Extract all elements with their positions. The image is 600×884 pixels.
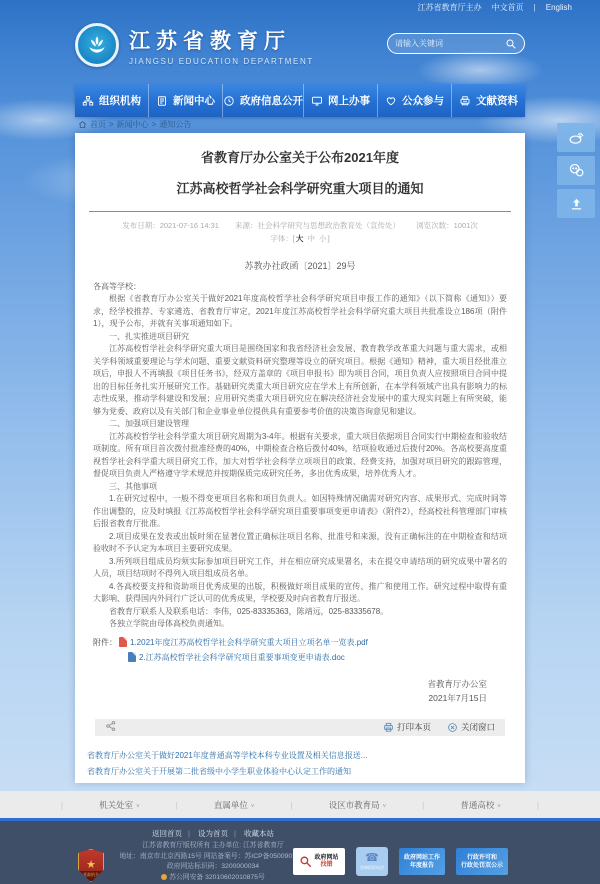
nav-label: 公众参与 [402,93,444,108]
views-count: 1001次 [454,221,478,230]
archive-icon [459,95,471,107]
print-button[interactable]: 打印本页 [383,721,431,733]
footer-link-sep: | [234,829,236,838]
document-number: 苏教办社政函〔2021〕29号 [75,259,525,272]
font-size-medium[interactable]: 中 [308,234,316,243]
related-link[interactable]: 省教育厅办公室关于开展第二批省级中小学生职业体验中心认定工作的通知 [87,764,513,780]
related-link[interactable]: 省教育厅办公室关于做好2021年度普通高等学校本科专业设置及相关信息报送... [87,748,513,764]
site-title: 江苏省教育厅 [129,25,314,55]
pdf-file-icon [119,637,127,647]
star-icon: ★ [86,860,96,870]
share-button[interactable] [105,720,117,734]
nav-item-online-services[interactable]: 网上办事 [304,84,378,117]
news-doc-icon [156,95,168,107]
nav-item-gov-info[interactable]: 政府信息公开 [223,84,304,117]
phone-icon: ☎ [365,853,379,864]
footer-site-code: 政府网站标识码：3200000034 [103,862,323,873]
signature-block: 省教育厅办公室 2021年7月15日 [75,677,487,705]
footer-police-record: 苏公网安备 32010602010875号 [103,873,323,884]
chevron-down-icon: ˅ [136,804,140,810]
back-to-top-icon [568,195,585,212]
font-size-bracket: ] [328,234,330,243]
nav-label: 文献资料 [476,93,518,108]
topbar-divider: | [534,3,536,12]
nav-item-news[interactable]: 新闻中心 [149,84,223,117]
article-meta: 发布日期：2021-07-16 14:31 来源：社会科学研究与思想政治教育处（… [85,219,515,245]
floating-share-bar [557,123,595,222]
chevron-down-icon: ˅ [251,804,255,810]
gov-agency-shield-badge: ★ 党政机关 [78,849,104,882]
complaint-hotline-badge[interactable]: ☎ 咨询投诉电话 [356,847,388,876]
admin-publicity-badge[interactable]: 行政许可和 行政处罚双公示 [456,848,508,875]
search-input[interactable] [395,39,505,48]
back-to-top-button[interactable] [557,189,595,218]
top-utility-bar: 江苏省教育厅主办 中文首页 | English [0,0,600,15]
article-card: 省教育厅办公室关于公布2021年度 江苏高校哲学社会科学研究重大项目的通知 发布… [75,133,525,783]
footer-set-home-link[interactable]: 设为首页 [198,829,228,838]
website-error-report-badge[interactable]: 政府网站找错 [293,848,345,875]
attachments-label: 附件： [93,635,117,650]
article-paragraph: 3.所列项目组成员均须实际参加项目研究工作，并在相应研究成果署名，未在提交申请结… [93,556,507,581]
english-link[interactable]: English [546,3,572,12]
footer-address: 地址：南京市北京西路15号 网站备案号：苏ICP备05009012号 [103,852,323,863]
signature-org: 省教育厅办公室 [75,677,487,691]
chevron-down-icon: ˅ [497,804,501,810]
breadcrumb-home[interactable]: 首页 [90,119,106,130]
heart-icon [385,95,397,107]
footer-home-link[interactable]: 返回首页 [152,829,182,838]
footer-link-sep: | [188,829,190,838]
doc-file-icon [128,652,136,662]
font-size-large[interactable]: 大 [296,234,304,243]
host-link[interactable]: 江苏省教育厅主办 [418,2,482,13]
site-brand[interactable]: 江苏省教育厅 JIANGSU EDUCATION DEPARTMENT [75,23,314,67]
attachment-link-pdf[interactable]: 1.2021年度江苏高校哲学社会科学研究重大项目立项名单一览表.pdf [130,635,368,650]
breadcrumb-news-center[interactable]: 新闻中心 [117,119,149,130]
article-toolbar: 打印本页 关闭窗口 [95,719,505,736]
clock-disclosure-icon [223,95,235,107]
footer-info: 江苏省教育厅版权所有 主办单位: 江苏省教育厅 地址：南京市北京西路15号 网站… [103,841,323,883]
breadcrumb: 首页 > 新闻中心 > 通知公告 [78,119,191,130]
footer-bookmark-link[interactable]: 收藏本站 [244,829,274,838]
share-icon [105,720,117,732]
salutation: 各高等学校： [93,281,507,292]
error-badge-line1: 政府网站 [314,855,338,861]
breadcrumb-sep: > [152,120,157,129]
views-label: 浏览次数： [416,221,454,230]
font-size-small[interactable]: 小 [319,234,327,243]
annual-report-line2: 年度报告 [410,862,434,870]
article-paragraph: 二、加强项目建设管理 [93,418,507,431]
print-label: 打印本页 [397,721,431,733]
annual-report-badge[interactable]: 政府网站工作 年度报告 [399,848,445,875]
close-window-button[interactable]: 关闭窗口 [447,721,495,733]
footer-links: 返回首页| 设为首页| 收藏本站 [118,828,308,839]
printer-icon [383,722,394,733]
dropdown-city-bureaus[interactable]: 设区市教育局˅ [329,799,387,811]
nav-label: 组织机构 [99,93,141,108]
nav-label: 新闻中心 [173,93,215,108]
article-paragraph: 4.各高校要支持和资助项目优秀成果的出版，积极做好项目成果的宣传、推广和使用工作… [93,581,507,606]
footer-badges: 政府网站找错 ☎ 咨询投诉电话 政府网站工作 年度报告 行政许可和 行政处罚双公… [293,847,508,876]
publicity-line1: 行政许可和 [467,854,497,862]
publicity-line2: 行政处罚双公示 [461,862,503,870]
signature-date: 2021年7月15日 [75,691,487,705]
article-paragraph: 根据《省教育厅办公室关于做好2021年度高校哲学社会科学研究项目申报工作的通知》… [93,293,507,331]
article-paragraph: 1.在研究过程中，一般不得变更项目名称和项目负责人。如因特殊情况确需对研究内容、… [93,493,507,531]
search-icon[interactable] [505,38,517,50]
gov-shield-label: 党政机关 [79,871,103,881]
breadcrumb-notices[interactable]: 通知公告 [159,119,191,130]
dropdown-departments[interactable]: 机关处室˅ [99,799,140,811]
quicklinks-divider: | [176,800,178,810]
article-paragraph: 三、其他事项 [93,481,507,494]
weibo-share-button[interactable] [557,123,595,152]
article-paragraph: 各独立学院由母体高校负责通知。 [93,618,507,631]
error-magnifier-icon [299,855,312,868]
main-nav: 组织机构 新闻中心 政府信息公开 网上办事 公众参与 文献资料 [75,84,525,117]
home-icon [78,120,87,129]
monitor-icon [311,95,323,107]
quicklinks-divider: | [290,800,292,810]
dropdown-universities[interactable]: 普通高校˅ [460,799,501,811]
nav-item-organization[interactable]: 组织机构 [75,84,149,117]
quicklinks-divider: | [61,800,63,810]
chinese-home-link[interactable]: 中文首页 [492,2,524,13]
nav-label: 网上办事 [328,93,370,108]
article-paragraph: 江苏高校哲学社会科学研究重大项目是围绕国家和我省经济社会发展、教育教学改革重大问… [93,343,507,418]
publish-date: 2021-07-16 14:31 [160,221,219,230]
wechat-icon [568,162,585,179]
org-structure-icon [82,95,94,107]
chevron-down-icon: ˅ [383,804,387,810]
attachment-link-doc[interactable]: 2.江苏高校哲学社会科学研究项目重要事项变更申请表.doc [139,650,345,665]
police-badge-icon [161,874,167,880]
source: 社会科学研究与思想政治教育处（宣传处） [258,221,401,230]
attachments: 附件： 1.2021年度江苏高校哲学社会科学研究重大项目立项名单一览表.pdf … [93,635,507,665]
wechat-share-button[interactable] [557,156,595,185]
article-title-line2: 江苏高校哲学社会科学研究重大项目的通知 [75,180,525,198]
quicklinks-divider: | [537,800,539,810]
related-links: 省教育厅办公室关于做好2021年度普通高等学校本科专业设置及相关信息报送... … [87,748,513,780]
source-label: 来源： [235,221,258,230]
article-paragraph: 一、扎实推进项目研究 [93,331,507,344]
annual-report-line1: 政府网站工作 [404,854,440,862]
nav-item-public-participation[interactable]: 公众参与 [378,84,452,117]
article-paragraph: 江苏高校哲学社会科学重大项目研究周期为3-4年。根据有关要求，重大项目依据项目合… [93,431,507,481]
search-box [387,33,525,54]
quicklinks-bar: | 机关处室˅ | 直属单位˅ | 设区市教育局˅ | 普通高校˅ | [0,791,600,818]
close-circle-icon [447,722,458,733]
site-title-en: JIANGSU EDUCATION DEPARTMENT [129,57,314,66]
article-paragraph: 2.项目成果在发表或出版时须在显著位置正确标注项目名称、批准号和来源，没有正确标… [93,531,507,556]
nav-item-documents[interactable]: 文献资料 [452,84,525,117]
breadcrumb-sep: > [109,120,114,129]
footer-copyright: 江苏省教育厅版权所有 主办单位: 江苏省教育厅 [103,841,323,852]
article-title-line1: 省教育厅办公室关于公布2021年度 [75,149,525,167]
hotline-label: 咨询投诉电话 [360,865,384,871]
publish-date-label: 发布日期： [122,221,160,230]
article-paragraph: 省教育厅联系人及联系电话：李伟，025-83335363，陈靖远，025-833… [93,606,507,619]
lotus-emblem-icon [75,23,119,67]
quicklinks-divider: | [422,800,424,810]
site-header: 江苏省教育厅 JIANGSU EDUCATION DEPARTMENT [75,15,525,83]
nav-label: 政府信息公开 [240,93,303,108]
site-footer: 返回首页| 设为首页| 收藏本站 江苏省教育厅版权所有 主办单位: 江苏省教育厅… [0,818,600,884]
dropdown-affiliated-units[interactable]: 直属单位˅ [214,799,255,811]
font-size-label: 字体：[ [270,234,295,243]
weibo-icon [568,129,585,146]
title-divider [89,211,511,212]
close-label: 关闭窗口 [461,721,495,733]
article-body: 根据《省教育厅办公室关于做好2021年度高校哲学社会科学研究项目申报工作的通知》… [93,293,507,631]
error-badge-line2: 找错 [320,862,332,868]
